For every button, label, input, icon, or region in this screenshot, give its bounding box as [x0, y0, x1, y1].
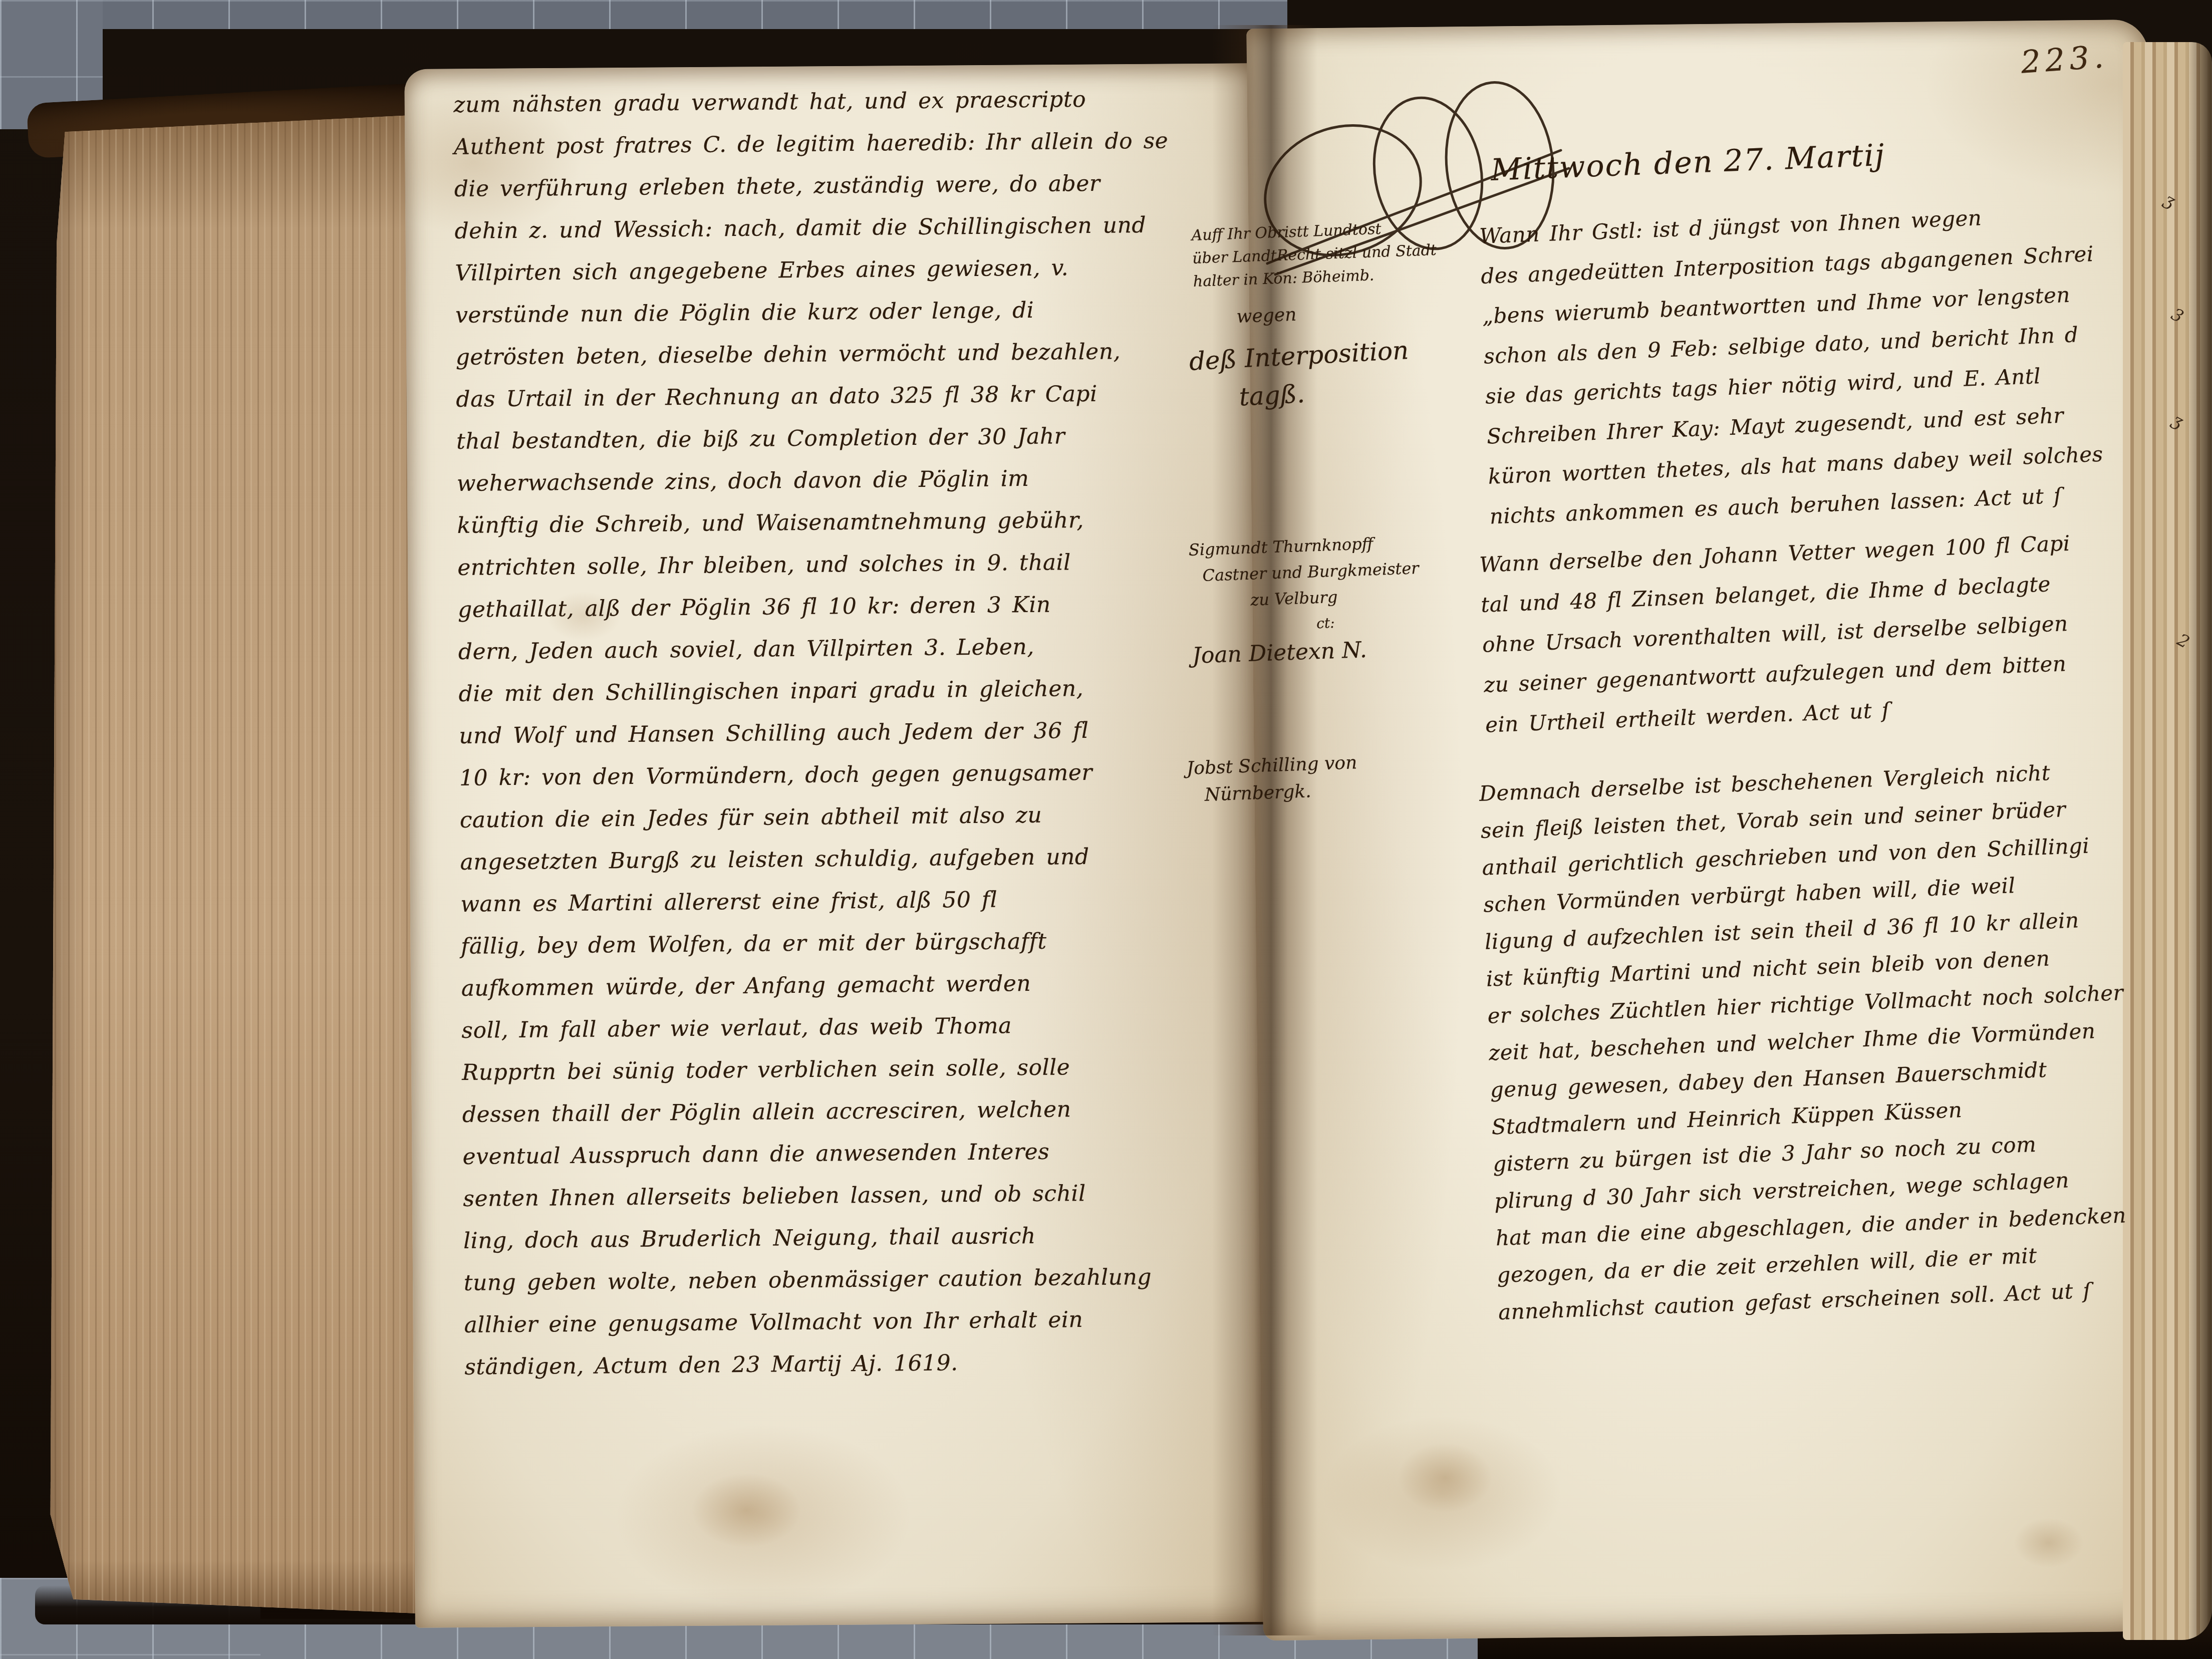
cutting-mat-top	[0, 0, 1287, 29]
page-block-fore-edge	[28, 108, 443, 1620]
text-line: caution die ein Jedes für sein abtheil m…	[459, 793, 1226, 842]
text-line: tung geben wolte, neben obenmässiger cau…	[464, 1256, 1231, 1304]
text-line: wann es Martini allererst eine frist, al…	[460, 877, 1227, 926]
folio-number: 223.	[2020, 38, 2109, 81]
text-line: eventual Ausspruch dann die anwesenden I…	[462, 1130, 1229, 1178]
entry-paragraph-2: Wann derselbe den Johann Vetter wegen 10…	[1479, 520, 2157, 745]
margin-note-parties: Sigmundt ThurnknopffCastner und Burgkmei…	[1188, 529, 1422, 671]
text-line: das Urtail in der Rechnung an dato 325 f…	[456, 372, 1223, 421]
text-line: Villpirten sich angegebene Erbes aines g…	[455, 246, 1222, 295]
text-line: Rupprtn bei sünig toder verblichen sein …	[462, 1045, 1229, 1094]
paper-stain	[1398, 1443, 1493, 1513]
text-line: Authent post fratres C. de legitim haere…	[454, 120, 1221, 168]
text-line: angesetzten Burgß zu leisten schuldig, a…	[460, 835, 1227, 884]
text-line: senten Ihnen allerseits belieben lassen,…	[463, 1172, 1230, 1220]
text-line: ling, doch aus Bruderlich Neigung, thail…	[463, 1214, 1230, 1262]
text-line: dern, Jeden auch soviel, dan Villpirten …	[458, 625, 1225, 673]
text-line: soll, Im fall aber wie verlaut, das weib…	[461, 1003, 1228, 1052]
text-line: allhier eine genugsame Vollmacht von Ihr…	[464, 1298, 1231, 1346]
text-line: gethaillat, alß der Pöglin 36 fl 10 kr: …	[458, 583, 1225, 631]
text-line: thal bestandten, die biß zu Completion d…	[456, 414, 1223, 463]
text-line: die mit den Schillingischen inpari gradu…	[458, 667, 1225, 715]
text-line: ct:	[1316, 607, 1421, 637]
text-line: weherwachsende zins, doch davon die Pögl…	[457, 456, 1224, 505]
entry-paragraph-3: Demnach derselbe ist beschehenen Verglei…	[1479, 751, 2170, 1331]
text-line: und Wolf und Hansen Schilling auch Jedem…	[459, 709, 1226, 757]
text-line: 10 kr: von den Vormündern, doch gegen ge…	[459, 751, 1226, 799]
text-line: ständigen, Actum den 23 Martij Aj. 1619.	[464, 1340, 1231, 1389]
left-page-text: zum nähsten gradu verwandt hat, und ex p…	[453, 78, 1231, 1389]
text-line: fällig, bey dem Wolfen, da er mit der bü…	[461, 919, 1228, 968]
margin-note-schilling: Jobst Schilling vonNürnbergk.	[1186, 749, 1358, 809]
text-line: dehin z. und Wessich: nach, damit die Sc…	[454, 204, 1221, 252]
margin-note-addressee: Auff Ihr Obristt Lundtostüber LandtRecht…	[1191, 216, 1438, 294]
text-line: getrösten beten, dieselbe dehin vermöcht…	[455, 330, 1222, 379]
manuscript-photo: 223. zum nähsten gradu verwandt hat, und…	[0, 0, 2212, 1659]
text-line: die verführung erleben thete, zuständig …	[454, 162, 1221, 210]
text-line: aufkommen würde, der Anfang gemacht werd…	[461, 961, 1228, 1010]
text-line: Nürnbergk.	[1204, 776, 1358, 809]
margin-note-interposition: deß Interpositiontagß.	[1188, 331, 1412, 419]
paper-stain	[691, 1473, 801, 1548]
text-line: dessen thaill der Pöglin allein accresci…	[462, 1087, 1229, 1136]
text-line: künftig die Schreib, und Waisenamtnehmun…	[457, 498, 1224, 547]
text-line: verstünde nun die Pöglin die kurz oder l…	[455, 288, 1222, 337]
margin-note-wegen: wegen	[1236, 305, 1297, 327]
text-line: zum nähsten gradu verwandt hat, und ex p…	[453, 78, 1220, 126]
paper-stain	[2014, 1518, 2084, 1568]
text-line: entrichten solle, Ihr bleiben, und solch…	[457, 540, 1224, 589]
entry-paragraph-1: Wann Ihr Gstl: ist d jüngst von Ihnen we…	[1479, 192, 2161, 537]
